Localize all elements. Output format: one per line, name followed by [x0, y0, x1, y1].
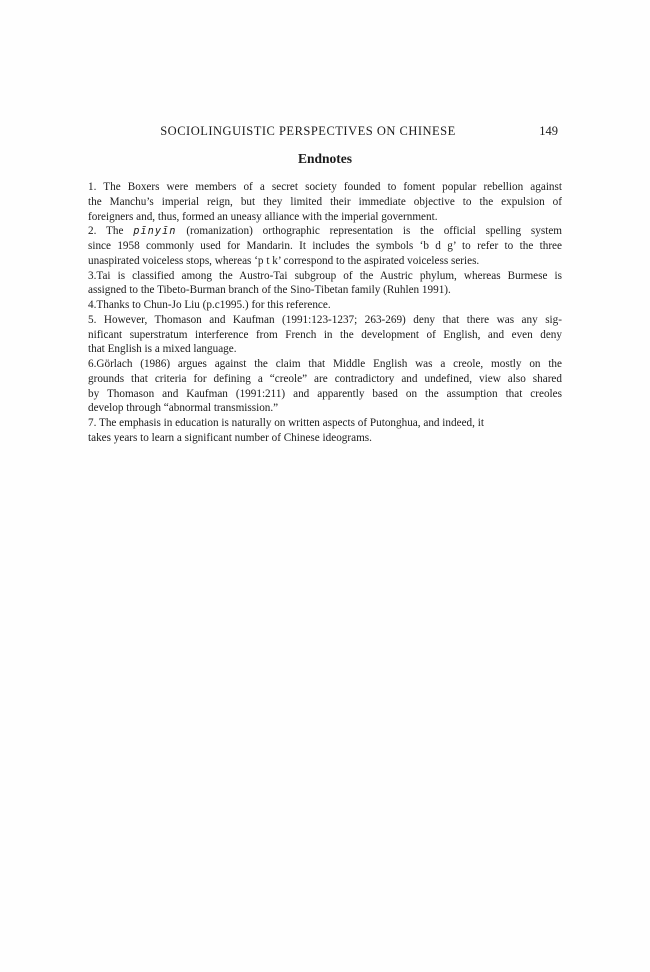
endnote-line: unaspirated voiceless stops, whereas ‘p …: [88, 254, 562, 269]
endnote-line: 2. The pīnyīn (romanization) orthographi…: [88, 224, 562, 239]
endnote-line: 3.Tai is classified among the Austro-Tai…: [88, 269, 562, 284]
endnote-line: assigned to the Tibeto-Burman branch of …: [88, 283, 562, 298]
endnote-line: grounds that criteria for defining a “cr…: [88, 372, 562, 387]
endnote-line: takes years to learn a significant numbe…: [88, 431, 562, 446]
endnote-line: 4.Thanks to Chun-Jo Liu (p.c1995.) for t…: [88, 298, 562, 313]
endnote-line: 5. However, Thomason and Kaufman (1991:1…: [88, 313, 562, 328]
endnote-line: by Thomason and Kaufman (1991:211) and a…: [88, 387, 562, 402]
page-number: 149: [539, 124, 558, 139]
endnote-text-segment: (romanization) orthographic representati…: [176, 225, 562, 237]
running-header: SOCIOLINGUISTIC PERSPECTIVES ON CHINESE: [88, 124, 528, 139]
endnote-line: the Manchu’s imperial reign, but they li…: [88, 195, 562, 210]
endnote-line: since 1958 commonly used for Mandarin. I…: [88, 239, 562, 254]
page-header: SOCIOLINGUISTIC PERSPECTIVES ON CHINESE …: [88, 124, 562, 140]
endnote-line: foreigners and, thus, formed an uneasy a…: [88, 210, 562, 225]
document-page: SOCIOLINGUISTIC PERSPECTIVES ON CHINESE …: [0, 0, 650, 972]
endnotes-heading: Endnotes: [88, 151, 562, 167]
endnote-line: 6.Görlach (1986) argues against the clai…: [88, 357, 562, 372]
endnote-line: that English is a mixed language.: [88, 342, 562, 357]
endnote-line: develop through “abnormal transmission.”: [88, 401, 562, 416]
endnotes-text: 1. The Boxers were members of a secret s…: [88, 180, 562, 446]
endnote-text-segment: 2. The: [88, 225, 133, 237]
endnote-line: 1. The Boxers were members of a secret s…: [88, 180, 562, 195]
endnote-line: 7. The emphasis in education is naturall…: [88, 416, 562, 431]
pinyin-term: pīnyīn: [133, 225, 176, 237]
endnote-line: nificant superstratum interference from …: [88, 328, 562, 343]
